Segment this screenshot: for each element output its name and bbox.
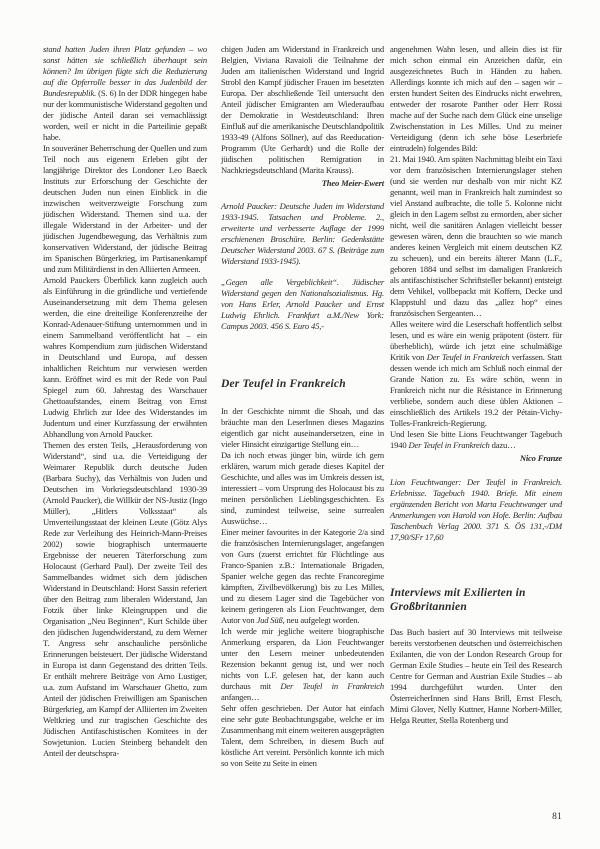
review-paragraph: Alles weitere wird die Leserschaft hoffe… xyxy=(390,319,562,429)
review-paragraph: angenehmen Wahn lesen, und allein dies i… xyxy=(390,44,562,154)
column-right: angenehmen Wahn lesen, und allein dies i… xyxy=(390,44,562,814)
review-paragraph: Ich werde mir jegliche weitere biographi… xyxy=(221,626,384,703)
italic-text-run: Der Teufel in Frankreich xyxy=(408,440,489,450)
review-paragraph: Themen des ersten Teils, „Herausforderun… xyxy=(43,440,207,759)
reviewer-signature: Nico Franze xyxy=(390,453,562,464)
text-run: Einer meiner favourites in der Kategorie… xyxy=(221,527,384,625)
review-paragraph: Sehr offen geschrieben. Der Autor hat ei… xyxy=(221,703,384,769)
italic-text-run: Der Teufel in Frankreich xyxy=(427,352,510,362)
column-middle: chigen Juden am Widerstand in Frankreich… xyxy=(221,44,384,814)
italic-text-run: Jud Süß xyxy=(256,615,282,625)
review-paragraph: Und lesen Sie bitte Lions Feuchtwanger T… xyxy=(390,429,562,451)
italic-text-run: Der Teufel in Frankreich xyxy=(280,681,384,691)
bibliography-entry: Lion Feuchtwanger: Der Teufel in Frankre… xyxy=(390,477,562,543)
review-paragraph: In souveräner Beherrschung der Quellen u… xyxy=(43,143,207,275)
text-run: verfassen. Statt dessen wende ich mich a… xyxy=(390,352,562,428)
reviewer-signature: Theo Meier-Ewert xyxy=(221,178,384,189)
text-run: dazu… xyxy=(490,440,516,450)
bibliography-entry: Arnold Paucker: Deutsche Juden im Widers… xyxy=(221,201,384,267)
review-paragraph: In der Geschichte nimmt die Shoah, und d… xyxy=(221,406,384,450)
review-title-der-teufel-in-frankreich: Der Teufel in Frankreich xyxy=(221,378,384,392)
text-run: , neu aufgelegt worden. xyxy=(283,615,360,625)
review-paragraph: Einer meiner favourites in der Kategorie… xyxy=(221,527,384,626)
page-number: 81 xyxy=(390,812,562,822)
review-paragraph: Da ich noch etwas jünger bin, würde ich … xyxy=(221,450,384,527)
review-paragraph: chigen Juden am Widerstand in Frankreich… xyxy=(221,44,384,176)
review-paragraph: 21. Mai 1940. Am späten Nachmittag bleib… xyxy=(390,154,562,319)
journal-review-page: stand hatten Juden ihren Platz gefunden … xyxy=(0,0,600,849)
review-paragraph: Arnold Pauckers Überblick kann zugleich … xyxy=(43,275,207,440)
column-left: stand hatten Juden ihren Platz gefunden … xyxy=(43,44,207,814)
bibliography-entry: „Gegen alle Vergeblichkeit“. Jüdischer W… xyxy=(221,277,384,332)
text-run: anfangen… xyxy=(221,692,259,702)
quote-paragraph: stand hatten Juden ihren Platz gefunden … xyxy=(43,44,207,143)
review-paragraph: Das Buch basiert auf 30 Interviews mit t… xyxy=(390,627,562,726)
review-title-interviews-mit-exilierten: Interviews mit Exilierten in Großbritann… xyxy=(390,587,562,614)
